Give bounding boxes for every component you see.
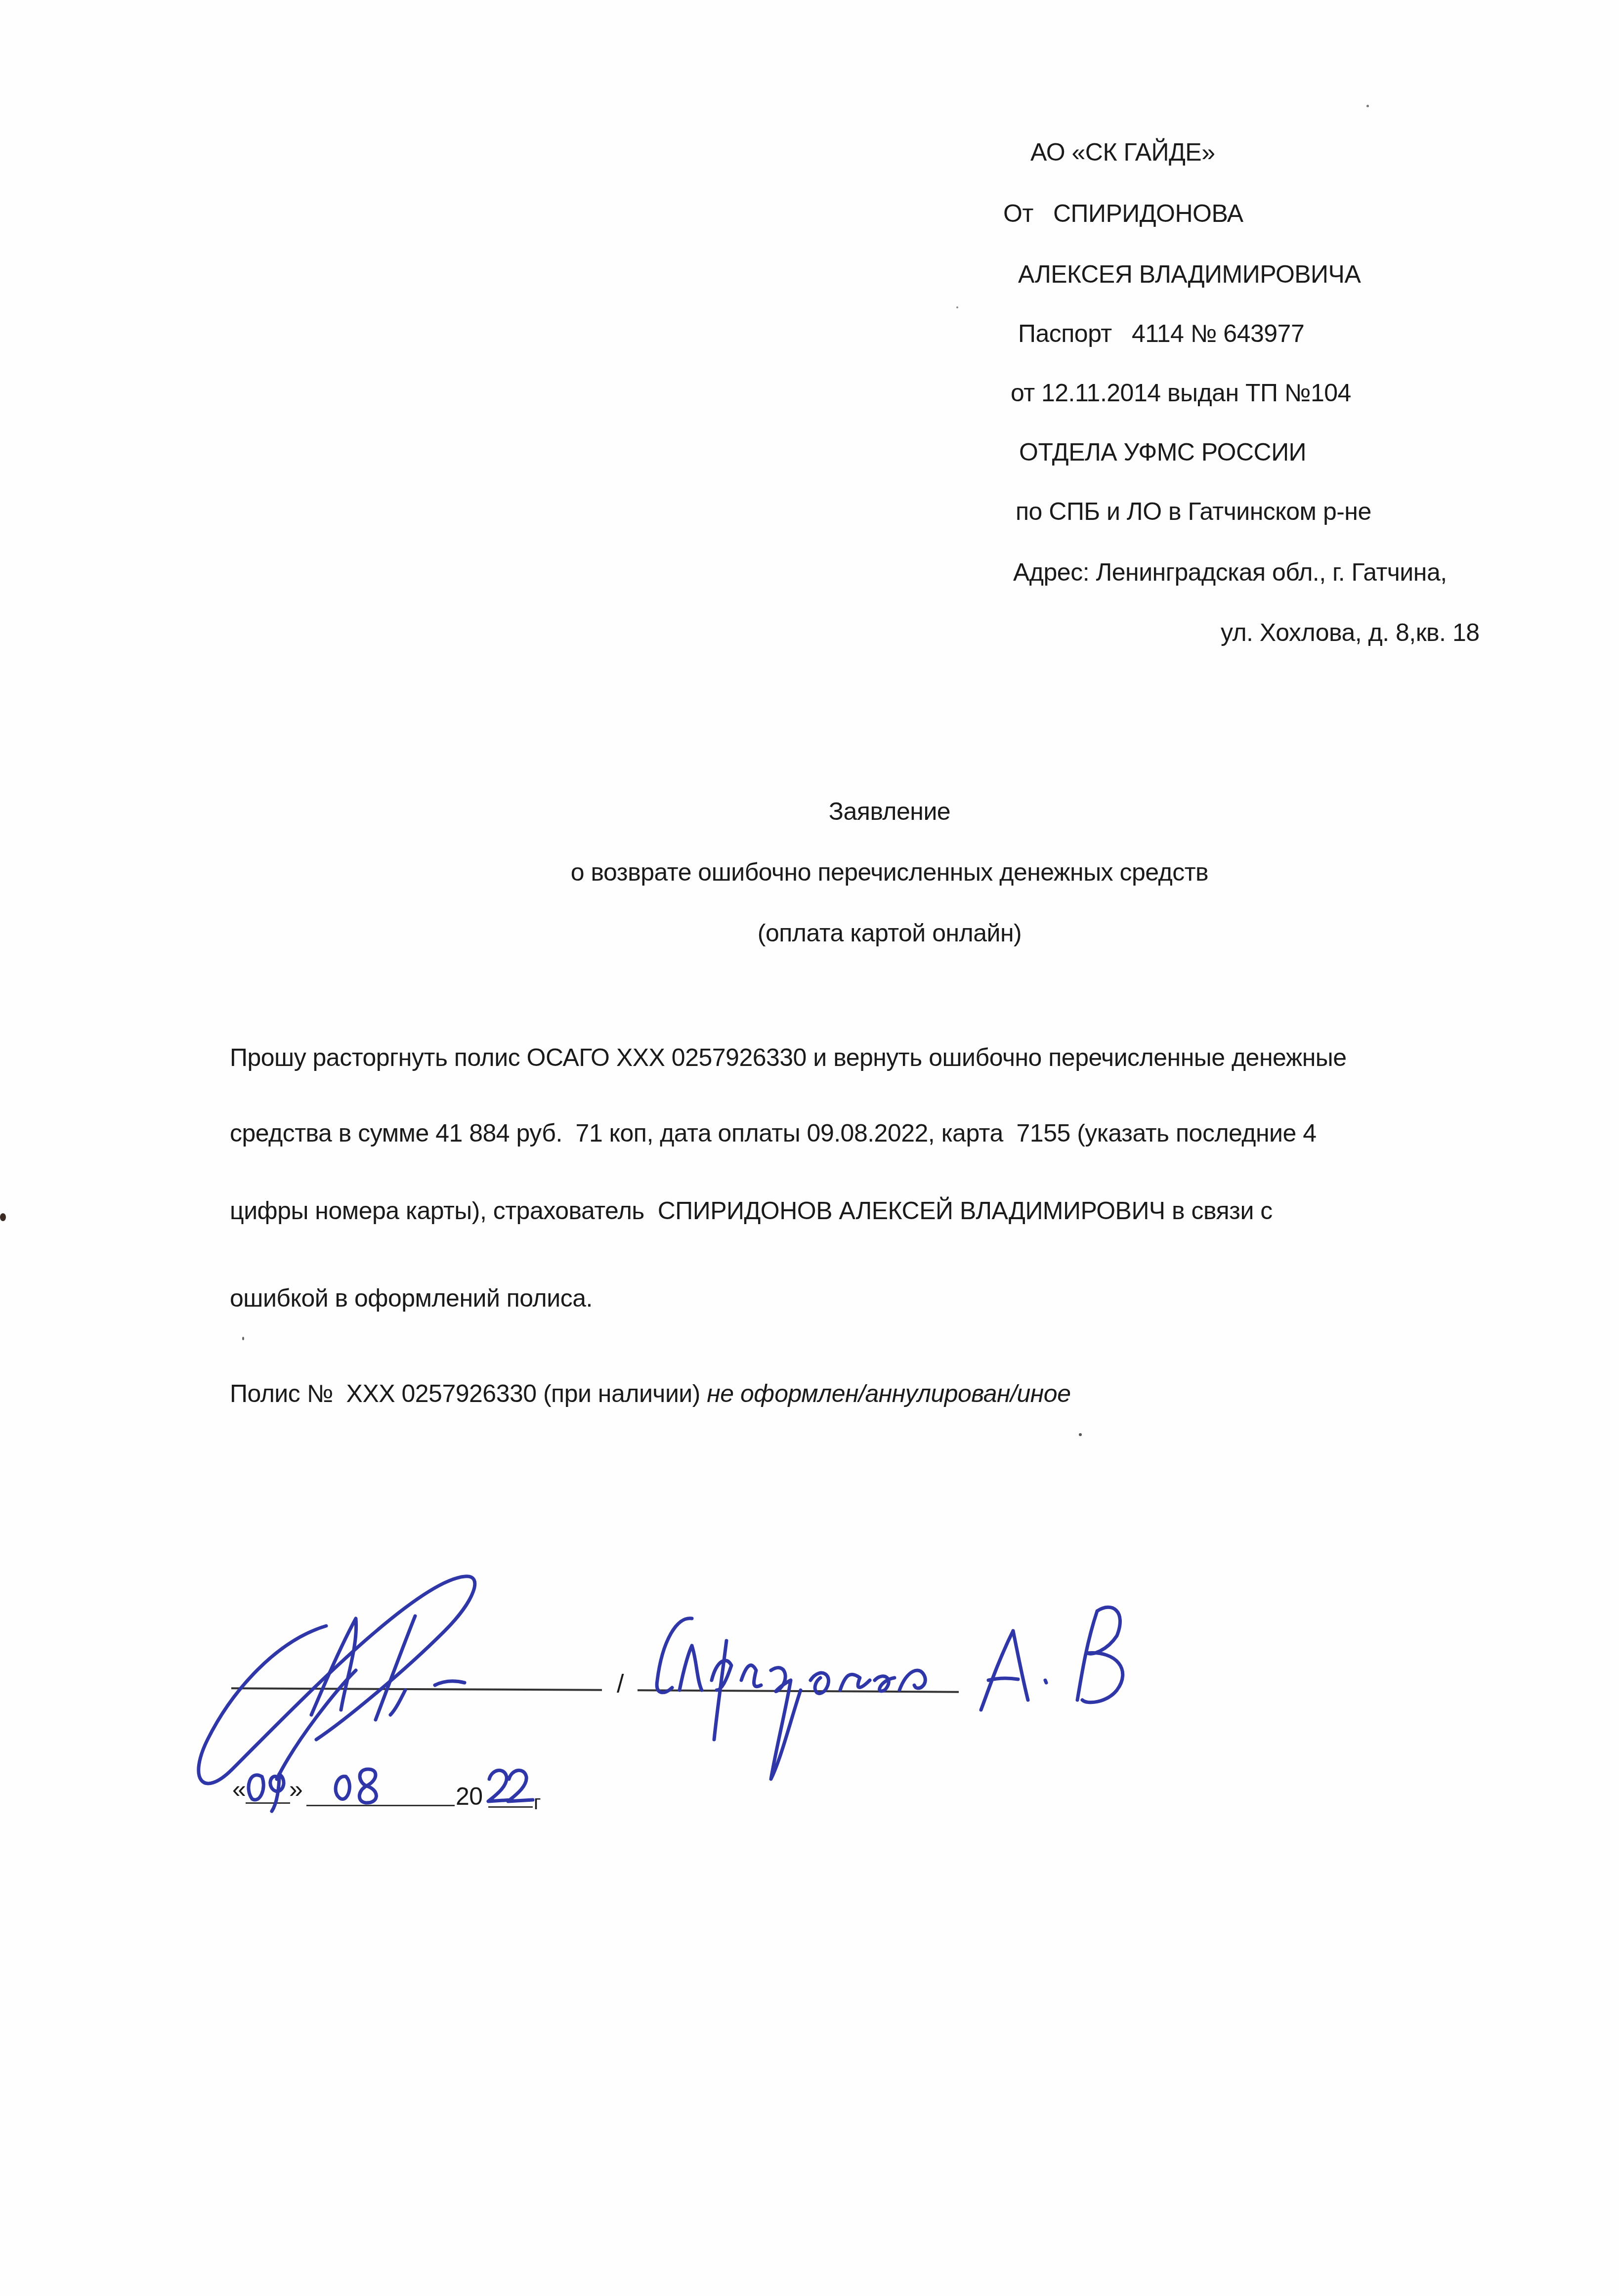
address-line-2: ул. Хохлова, д. 8,кв. 18 (1221, 618, 1480, 647)
passport-issued: от 12.11.2014 выдан ТП №104 (1011, 378, 1351, 408)
signature-separator: / (617, 1669, 624, 1699)
date-open-quote: « (232, 1774, 246, 1804)
policy-status-options: не оформлен/аннулирован/иное (707, 1380, 1070, 1407)
handwritten-name-icon (657, 1618, 692, 1693)
handwriting-layer (0, 0, 1619, 2296)
month-underline (306, 1805, 455, 1806)
date-close-quote: » (289, 1774, 302, 1804)
year-underline (488, 1806, 533, 1808)
document-title: Заявление (0, 797, 1619, 826)
year-prefix: 20 (456, 1782, 483, 1811)
scan-speck (242, 1337, 244, 1340)
scan-speck (0, 1213, 6, 1221)
year-unit: г (534, 1788, 541, 1818)
name-underline (638, 1689, 959, 1693)
handwritten-day-icon (249, 1774, 284, 1811)
body-line-2: средства в сумме 41 884 руб. 71 коп, дат… (230, 1118, 1317, 1148)
signature-scribble-icon (199, 1576, 475, 1784)
scan-speck (1079, 1433, 1082, 1436)
scan-speck (956, 306, 958, 308)
body-line-4: ошибкой в оформлений полиса. (230, 1283, 593, 1313)
payment-method-note: (оплата картой онлайн) (0, 918, 1619, 948)
policy-number-text: Полис № ХХХ 0257926330 (при наличии) (230, 1380, 707, 1407)
issuing-region: по СПБ и ЛО в Гатчинском р-не (1016, 497, 1371, 526)
applicant-from: От СПИРИДОНОВА (1003, 199, 1243, 228)
document-subtitle: о возврате ошибочно перечисленных денежн… (0, 857, 1619, 887)
day-underline (246, 1802, 290, 1804)
scanned-document-page: АО «СК ГАЙДЕ» От СПИРИДОНОВА АЛЕКСЕЯ ВЛА… (0, 0, 1619, 2296)
policy-status-line: Полис № ХХХ 0257926330 (при наличии) не … (230, 1379, 1070, 1408)
recipient-company: АО «СК ГАЙДЕ» (1030, 137, 1215, 167)
passport-number: Паспорт 4114 № 643977 (1018, 319, 1304, 348)
body-line-1: Прошу расторгнуть полис ОСАГО ХХХ 025792… (230, 1043, 1347, 1072)
address-line-1: Адрес: Ленинградская обл., г. Гатчина, (1013, 557, 1447, 587)
handwritten-month-icon (336, 1769, 376, 1803)
body-line-3: цифры номера карты), страхователь СПИРИД… (230, 1196, 1273, 1226)
issuing-department: ОТДЕЛА УФМС РОССИИ (1019, 437, 1306, 467)
signature-underline (231, 1687, 602, 1691)
scan-speck (1366, 105, 1369, 107)
handwritten-year-icon (488, 1770, 533, 1801)
applicant-name: АЛЕКСЕЯ ВЛАДИМИРОВИЧА (1018, 259, 1361, 289)
